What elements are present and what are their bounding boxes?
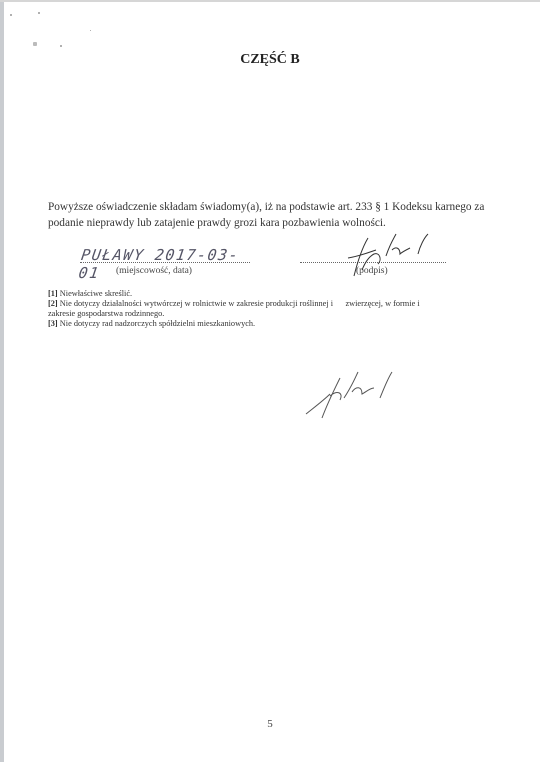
scan-speck — [38, 12, 40, 14]
footnote: [3] Nie dotyczy rad nadzorczych spółdzie… — [48, 319, 508, 329]
scan-edge-left — [0, 0, 4, 762]
place-date-value: PUŁAWY 2017-03-01 — [77, 246, 252, 282]
scan-speck — [33, 42, 37, 46]
scan-speck — [60, 45, 62, 47]
place-date-caption: (miejscowość, data) — [116, 266, 192, 276]
scan-edge-top — [0, 0, 540, 2]
footnotes: [1] Niewłaściwe skreślić. [2] Nie dotycz… — [48, 289, 508, 329]
page-number: 5 — [0, 718, 540, 730]
footnote: [2] Nie dotyczy działalności wytwórczej … — [48, 299, 508, 309]
footnote: [1] Niewłaściwe skreślić. — [48, 289, 508, 299]
handwritten-signature-icon — [340, 230, 440, 285]
declaration-line: podanie nieprawdy lub zatajenie prawdy g… — [48, 215, 488, 231]
scan-speck — [10, 14, 12, 16]
place-date-handwritten: PUŁAWY 2017-03-01 — [80, 246, 250, 283]
scan-speck — [90, 30, 91, 31]
section-title: CZĘŚĆ B — [0, 52, 540, 68]
handwritten-signature-icon — [300, 362, 410, 427]
declaration-line: Powyższe oświadczenie składam świadomy(a… — [48, 199, 488, 215]
place-date-line — [80, 262, 250, 263]
declaration-paragraph: Powyższe oświadczenie składam świadomy(a… — [48, 199, 488, 231]
footnote: zakresie gospodarstwa rodzinnego. — [48, 309, 508, 319]
